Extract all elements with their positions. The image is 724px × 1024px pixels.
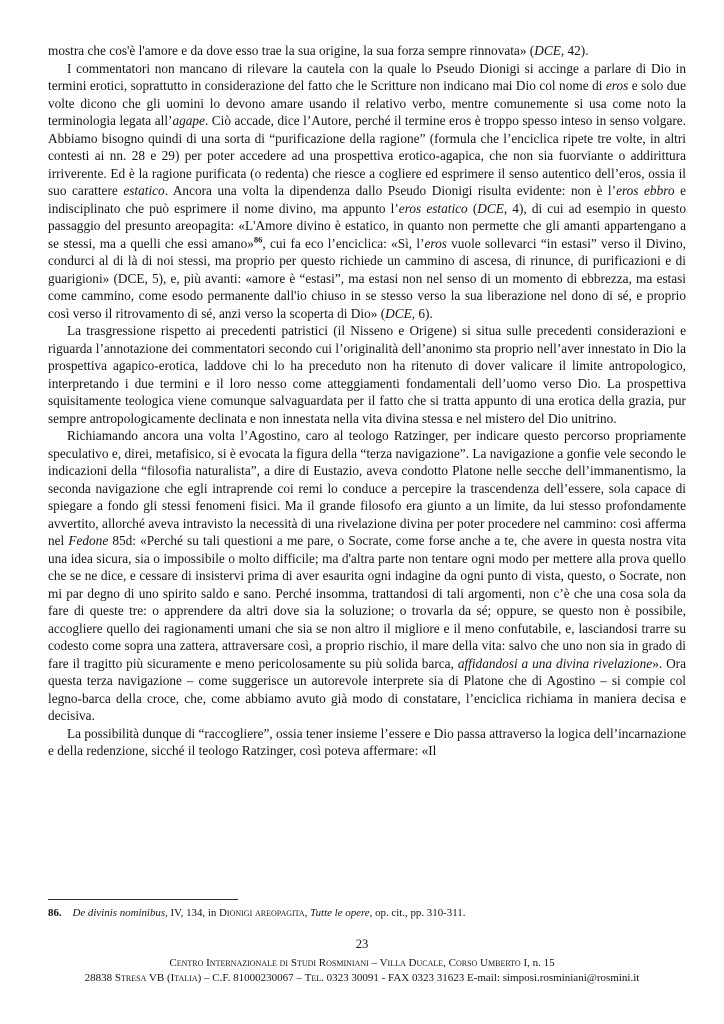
paragraph: La possibilità dunque di “raccogliere”, … <box>48 725 686 760</box>
text-run: DCE <box>385 306 412 321</box>
text-run: affidandosi a una divina rivelazione <box>458 656 652 671</box>
footnote-separator <box>48 899 238 900</box>
text-run: , IV, 134, in <box>165 907 219 919</box>
footer-contact-line: 28838 Stresa VB (Italia) – C.F. 81000230… <box>0 971 724 986</box>
page-number: 23 <box>0 937 724 952</box>
text-run: 85d: «Perché su tali questioni a me pare… <box>48 533 686 671</box>
text-run: , 42). <box>561 43 589 58</box>
text-run: estatico <box>123 183 164 198</box>
paragraph: I commentatori non mancano di rilevare l… <box>48 60 686 323</box>
text-run: agape <box>172 113 205 128</box>
text-run: , 6). <box>412 306 433 321</box>
text-run: , n. 15 <box>527 957 555 969</box>
paragraph: mostra che cos'è l'amore e da dove esso … <box>48 42 686 60</box>
text-run: ) – C.F. 81000230067 – <box>198 972 305 984</box>
text-run: eros <box>606 78 628 93</box>
text-run: Tel. <box>305 972 324 984</box>
text-run: , op. cit., pp. 310-311. <box>370 907 466 919</box>
text-run: Fedone <box>68 533 108 548</box>
text-run: mostra che cos'è l'amore e da dove esso … <box>48 43 534 58</box>
text-run: DCE <box>534 43 561 58</box>
text-run <box>62 907 73 919</box>
text-run: Italia <box>171 972 198 984</box>
footer-address-line: Centro Internazionale di Studi Rosminian… <box>0 956 724 971</box>
text-run: eros ebbro <box>616 183 674 198</box>
text-run: 28838 <box>85 972 115 984</box>
text-run: Richiamando ancora una volta l’Agostino,… <box>48 428 686 548</box>
document-page: mostra che cos'è l'amore e da dove esso … <box>0 0 724 1024</box>
text-run: DCE <box>477 201 504 216</box>
text-run: Centro Internazionale di Studi Rosminian… <box>169 957 527 969</box>
text-run: 0323 30091 - FAX 0323 31623 E-mail: simp… <box>324 972 639 984</box>
paragraph: Richiamando ancora una volta l’Agostino,… <box>48 427 686 725</box>
text-run: La possibilità dunque di “raccogliere”, … <box>48 726 686 759</box>
text-run: Stresa <box>115 972 146 984</box>
paragraph: La trasgressione rispetto ai precedenti … <box>48 322 686 427</box>
body-text: mostra che cos'è l'amore e da dove esso … <box>48 42 686 892</box>
text-run: I commentatori non mancano di rilevare l… <box>48 61 686 94</box>
text-run: Dionigi areopagita <box>219 907 305 919</box>
text-run: De divinis nominibus <box>73 907 166 919</box>
text-run: , cui fa eco l’enciclica: «Sì, l’ <box>262 236 424 251</box>
footnote-text: 86. De divinis nominibus, IV, 134, in Di… <box>48 906 686 920</box>
text-run: Tutte le opere <box>310 907 369 919</box>
text-run: eros estatico <box>399 201 468 216</box>
text-run: eros <box>424 236 446 251</box>
text-run: VB ( <box>146 972 170 984</box>
text-run: ( <box>468 201 478 216</box>
text-run: 86. <box>48 907 62 919</box>
text-run: La trasgressione rispetto ai precedenti … <box>48 323 686 426</box>
text-run: . Ancora una volta la dipendenza dallo P… <box>165 183 616 198</box>
